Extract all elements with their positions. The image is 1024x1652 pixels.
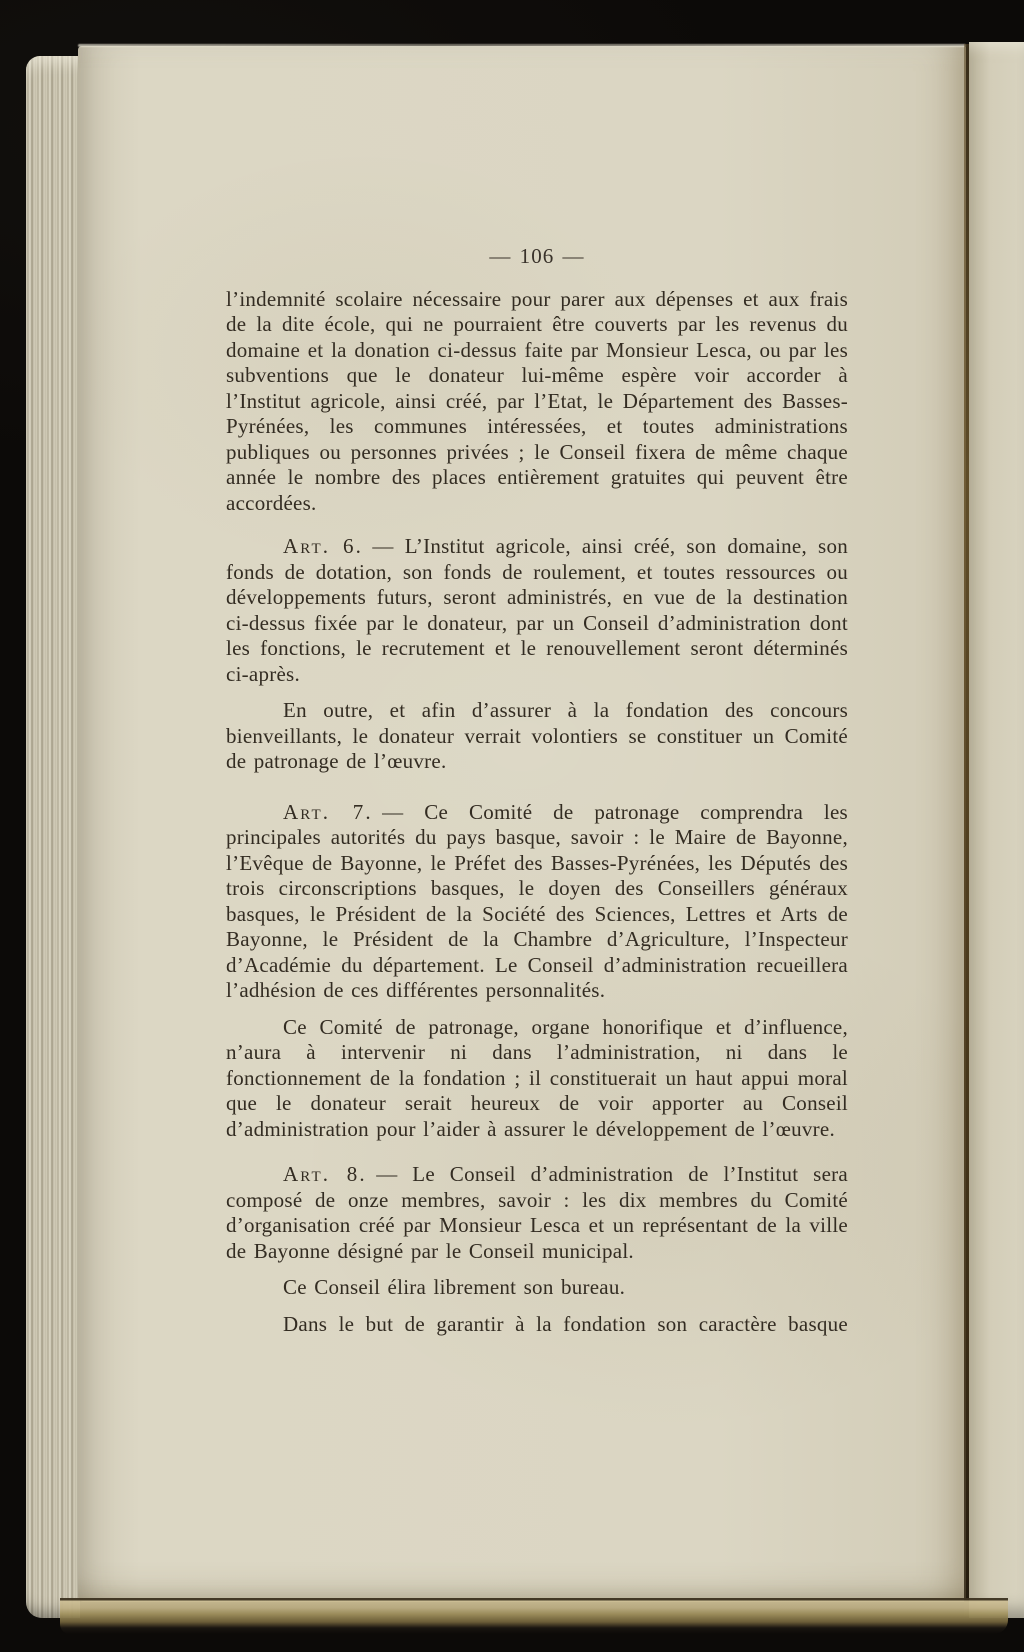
page-number: — 106 —: [226, 244, 848, 270]
facing-page-edge: [969, 42, 1024, 1618]
paragraph-text: — Ce Comité de patronage comprendra les …: [226, 800, 848, 1003]
article-label: Art. 6.: [283, 534, 363, 558]
book-page: — 106 — l’indemnité scolaire nécessaire …: [78, 46, 966, 1602]
paragraph: l’indemnité scolaire nécessaire pour par…: [226, 287, 848, 517]
paragraph-text: Ce Conseil élira librement son bureau.: [283, 1275, 625, 1299]
paragraph-text: En outre, et afin d’assurer à la fondati…: [226, 698, 848, 773]
paragraph-text: l’indemnité scolaire nécessaire pour par…: [226, 287, 848, 515]
article-label: Art. 8.: [283, 1162, 367, 1186]
paragraph-article-8: Art. 8.— Le Conseil d’administration de …: [226, 1162, 848, 1264]
paragraph: En outre, et afin d’assurer à la fondati…: [226, 698, 848, 775]
paragraph: Ce Conseil élira librement son bureau.: [226, 1275, 848, 1301]
paragraph-article-6: Art. 6.— L’Institut agricole, ainsi créé…: [226, 534, 848, 687]
book-photo: — 106 — l’indemnité scolaire nécessaire …: [0, 0, 1024, 1652]
text-block: — 106 — l’indemnité scolaire nécessaire …: [226, 244, 848, 1337]
paragraph-text: Dans le but de garantir à la fondation s…: [283, 1312, 848, 1336]
paragraph-text: Ce Comité de patronage, organe honorifiq…: [226, 1015, 848, 1141]
article-label: Art. 7.: [283, 800, 373, 824]
paragraph: Ce Comité de patronage, organe honorifiq…: [226, 1015, 848, 1143]
paragraph: Dans le but de garantir à la fondation s…: [226, 1312, 848, 1338]
bottom-page-curl: [60, 1598, 1008, 1634]
paragraph-article-7: Art. 7.— Ce Comité de patronage comprend…: [226, 800, 848, 1004]
page-stack-edges: [26, 56, 80, 1618]
